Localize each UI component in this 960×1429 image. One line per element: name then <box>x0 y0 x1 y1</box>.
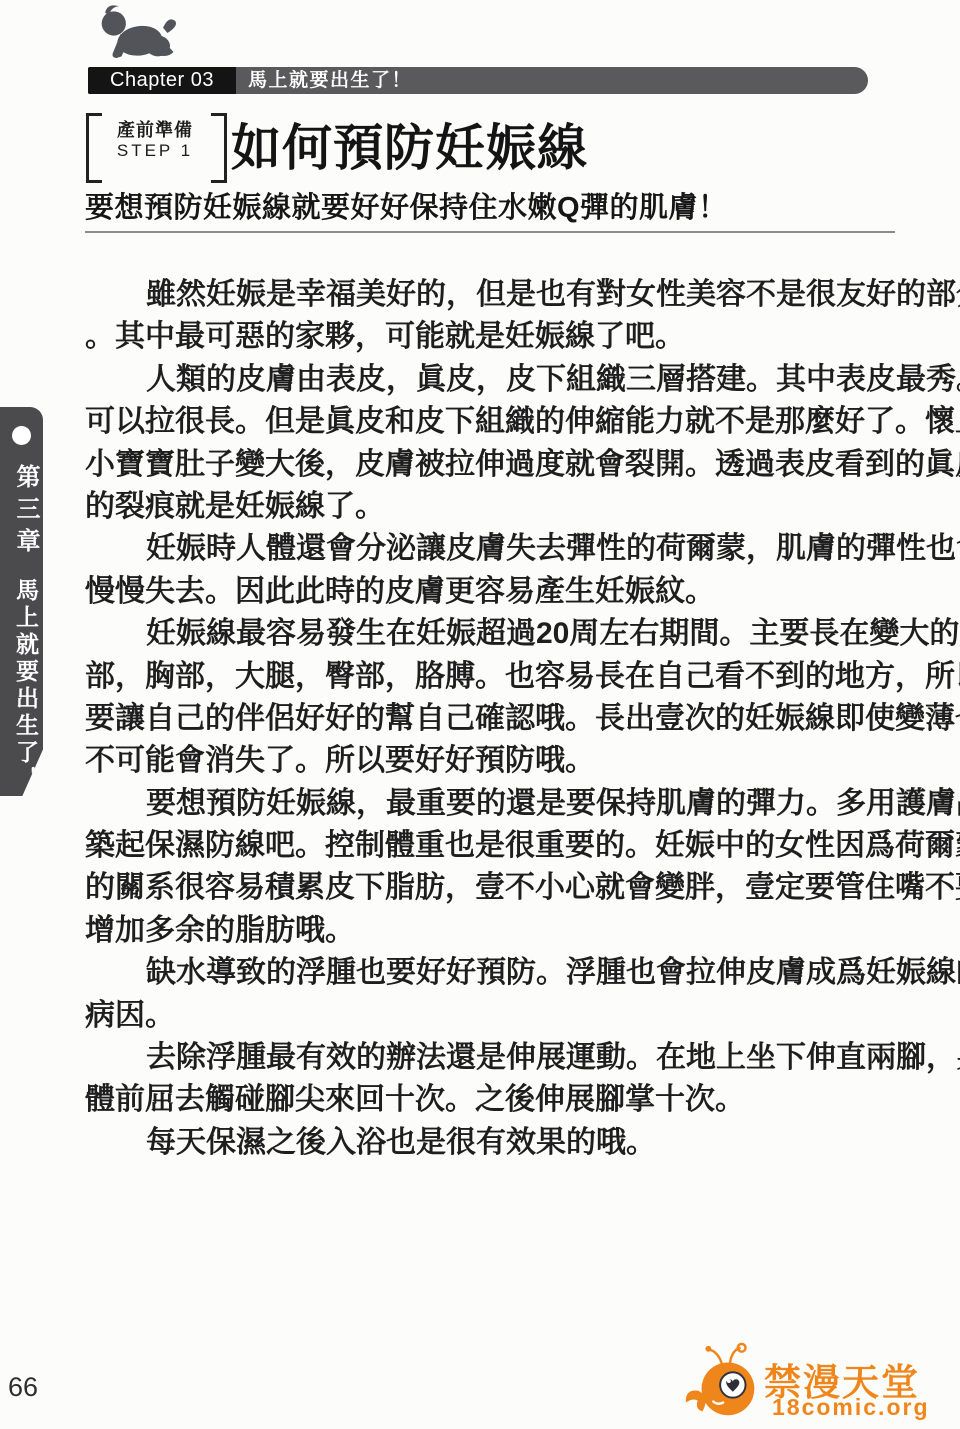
chapter-side-tab: 第三章 馬上就要出生了！ <box>0 407 43 796</box>
body-line: 缺水導致的浮腫也要好好預防。浮腫也會拉伸皮膚成爲妊娠線的 <box>85 952 897 994</box>
chapter-number-label: Chapter 03 <box>88 67 236 94</box>
body-line: 病因。 <box>85 995 897 1037</box>
body-line: 要想預防妊娠線，最重要的還是要保持肌膚的彈力。多用護膚品 <box>85 783 897 825</box>
page-number: 66 <box>8 1372 38 1403</box>
page-subtitle: 要想預防妊娠線就要好好保持住水嫩Q彈的肌膚！ <box>85 185 728 226</box>
page-title: 如何預防妊娠線 <box>231 108 588 180</box>
body-line: 去除浮腫最有效的辦法還是伸展運動。在地上坐下伸直兩腳，身 <box>85 1037 897 1079</box>
body-line: 體前屈去觸碰腳尖來回十次。之後伸展腳掌十次。 <box>85 1079 897 1121</box>
body-line: 。其中最可惡的家夥，可能就是妊娠線了吧。 <box>85 316 897 358</box>
body-text: 雖然妊娠是幸福美好的，但是也有對女性美容不是很友好的部分。其中最可惡的家夥，可能… <box>85 274 897 1164</box>
body-line: 人類的皮膚由表皮，眞皮，皮下組織三層搭建。其中表皮最秀。 <box>85 359 897 401</box>
separator-line <box>85 231 895 233</box>
body-line: 妊娠時人體還會分泌讓皮膚失去彈性的荷爾蒙，肌膚的彈性也會 <box>85 528 897 570</box>
body-line: 的裂痕就是妊娠線了。 <box>85 486 897 528</box>
body-line: 雖然妊娠是幸福美好的，但是也有對女性美容不是很友好的部分 <box>85 274 897 316</box>
body-line: 每天保濕之後入浴也是很有效果的哦。 <box>85 1122 897 1164</box>
step-category: 產前準備 <box>99 116 211 142</box>
body-line: 小寶寶肚子變大後，皮膚被拉伸過度就會裂開。透過表皮看到的眞皮 <box>85 444 897 486</box>
body-line: 部，胸部，大腿，臀部，胳膊。也容易長在自己看不到的地方，所以 <box>85 656 897 698</box>
side-tab-chapter: 第三章 <box>0 457 43 567</box>
body-line: 慢慢失去。因此此時的皮膚更容易產生妊娠紋。 <box>85 571 897 613</box>
whale-mascot-icon <box>681 1338 769 1426</box>
step-number: STEP 1 <box>99 141 211 161</box>
chapter-title: 馬上就要出生了！ <box>248 67 412 94</box>
book-page: Chapter 03 馬上就要出生了！ 產前準備 STEP 1 如何預防妊娠線 … <box>0 0 960 1429</box>
circle-bullet-icon <box>12 426 31 445</box>
side-tab-title: 馬上就要出生了！ <box>0 575 43 796</box>
body-line: 要讓自己的伴侶好好的幫自己確認哦。長出壹次的妊娠線即使變薄也 <box>85 698 897 740</box>
body-line: 築起保濕防線吧。控制體重也是很重要的。妊娠中的女性因爲荷爾蒙 <box>85 825 897 867</box>
body-line: 增加多余的脂肪哦。 <box>85 910 897 952</box>
body-line: 的關系很容易積累皮下脂肪，壹不小心就會變胖，壹定要管住嘴不要 <box>85 867 897 909</box>
crawling-baby-icon <box>94 1 182 65</box>
watermark-site-url: 18comic.org <box>772 1394 930 1421</box>
body-line: 不可能會消失了。所以要好好預防哦。 <box>85 740 897 782</box>
body-line: 妊娠線最容易發生在妊娠超過20周左右期間。主要長在變大的腹 <box>85 613 897 655</box>
chapter-header-bar: Chapter 03 馬上就要出生了！ <box>88 67 868 94</box>
step-bracket-right <box>211 113 227 183</box>
body-line: 可以拉很長。但是眞皮和皮下組織的伸縮能力就不是那麼好了。懷上 <box>85 401 897 443</box>
